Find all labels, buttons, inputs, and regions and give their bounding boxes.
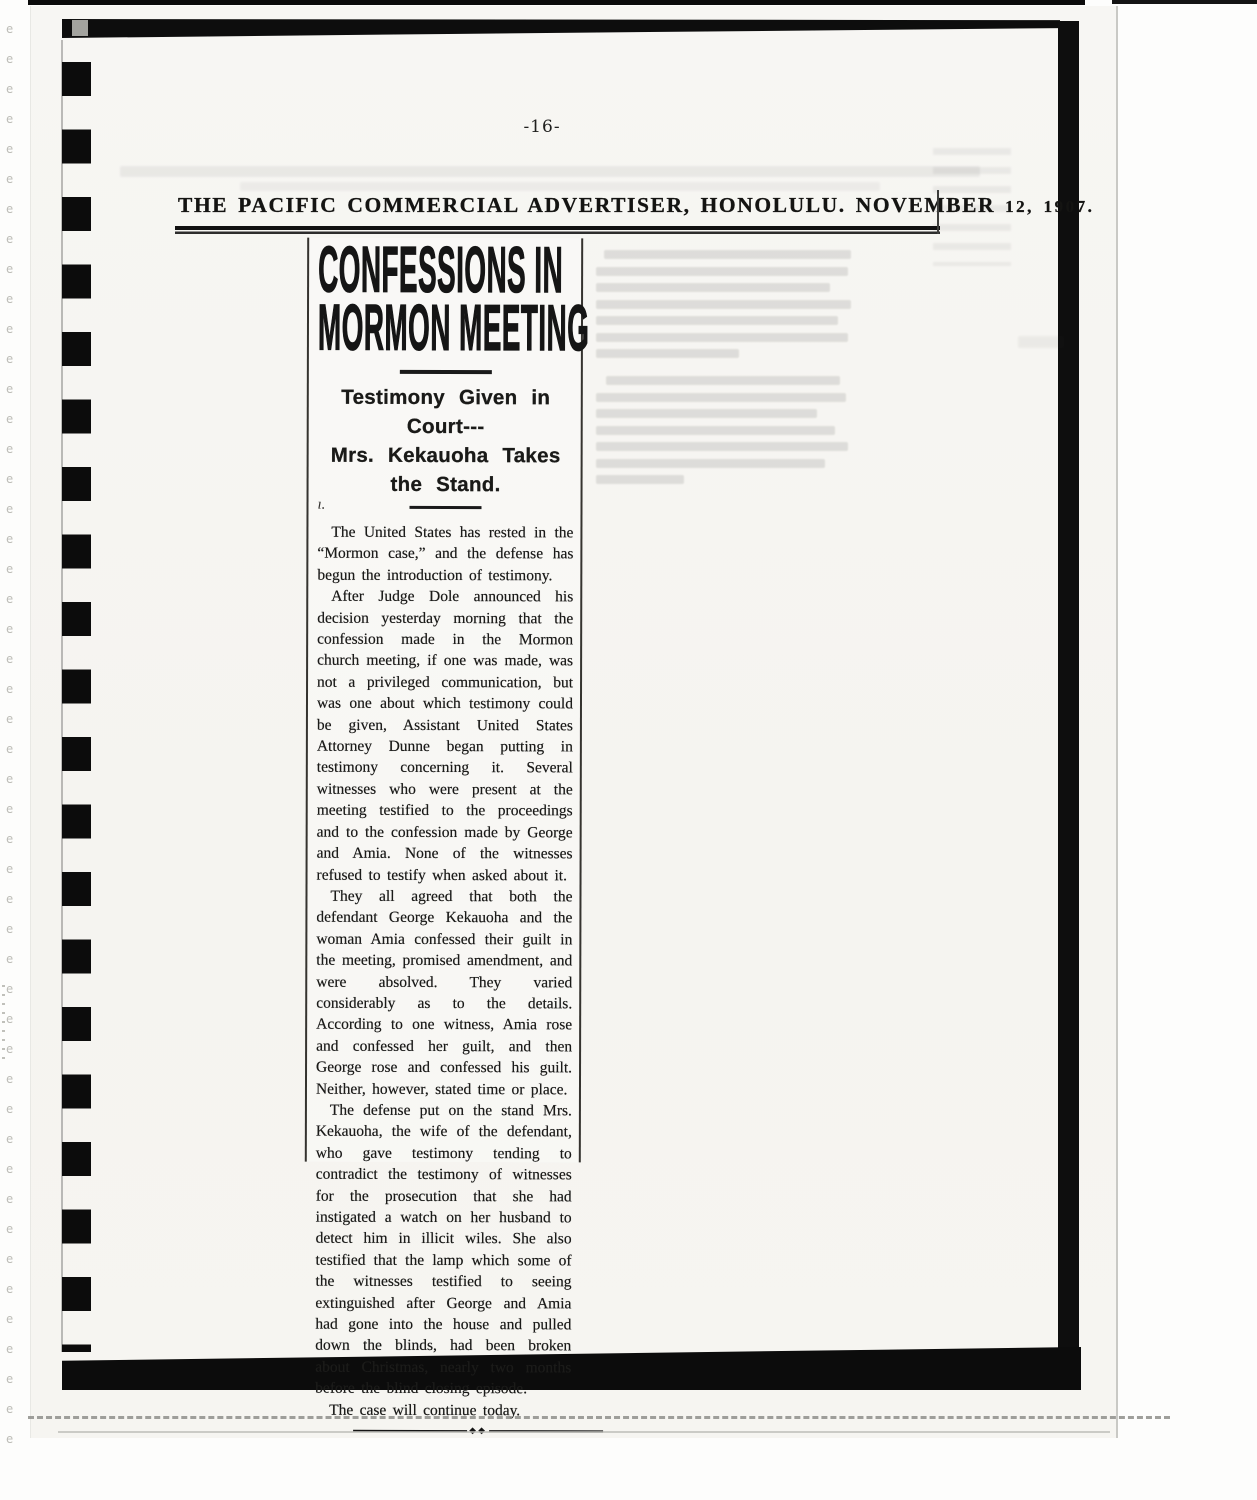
ghost-line bbox=[604, 250, 851, 259]
bleedthrough-smudge bbox=[1018, 336, 1064, 348]
article-paragraph: The United States has rested in the “Mor… bbox=[317, 522, 573, 587]
headline-line-2: MORMON MEETING bbox=[318, 301, 574, 360]
ghost-line bbox=[596, 267, 848, 276]
ghost-line bbox=[596, 349, 739, 358]
masthead-end-tick bbox=[937, 190, 939, 234]
bleedthrough-smudge bbox=[240, 182, 880, 191]
ghost-line bbox=[596, 459, 825, 468]
headline-divider bbox=[400, 370, 492, 374]
subhead-divider-wrap: ı. bbox=[318, 506, 574, 510]
ghost-line bbox=[596, 442, 848, 451]
perforation-dashed-line bbox=[28, 1416, 1170, 1419]
scan-artifact-right-bar bbox=[1058, 21, 1079, 1390]
article-body: The United States has rested in the “Mor… bbox=[315, 522, 573, 1422]
ghost-line bbox=[596, 426, 835, 435]
page-bottom-edge-line bbox=[58, 1431, 1110, 1433]
bleedthrough-text-column bbox=[596, 250, 856, 492]
ghost-line bbox=[606, 376, 840, 385]
ghost-line bbox=[596, 409, 817, 418]
newspaper-masthead: THE PACIFIC COMMERCIAL ADVERTISER, HONOL… bbox=[178, 193, 953, 218]
page-number: -16- bbox=[487, 117, 597, 137]
subhead-line: the Stand. bbox=[318, 470, 574, 500]
masthead-date: 12, 1907. bbox=[1005, 197, 1094, 216]
subhead-line: Testimony Given in Court--- bbox=[318, 383, 574, 442]
ghost-line bbox=[596, 316, 838, 325]
stray-ink-mark: ı. bbox=[317, 497, 325, 514]
article-paragraph: They all agreed that both the defendant … bbox=[316, 886, 573, 1101]
ghost-line bbox=[596, 393, 846, 402]
binding-comb-holes: eeeeeeeeeeeeeeeeeeeeeeeeeeeeeeeeeeeeeeee… bbox=[6, 14, 21, 1448]
binding-punch-marks bbox=[62, 62, 91, 1352]
scan-artifact-top-bar-fade bbox=[72, 20, 88, 36]
scan-edge-line-right bbox=[1112, 0, 1257, 4]
ghost-line bbox=[596, 333, 848, 342]
subheadline: Testimony Given in Court--- Mrs. Kekauoh… bbox=[318, 383, 574, 500]
scanned-document: eeeeeeeeeeeeeeeeeeeeeeeeeeeeeeeeeeeeeeee… bbox=[0, 0, 1257, 1500]
subhead-divider bbox=[410, 506, 482, 509]
article-paragraph: After Judge Dole announced his decision … bbox=[317, 586, 574, 886]
masthead-title: THE PACIFIC COMMERCIAL ADVERTISER, HONOL… bbox=[178, 193, 995, 217]
ghost-line bbox=[596, 475, 684, 484]
article-paragraph: The defense put on the stand Mrs. Kekauo… bbox=[315, 1100, 572, 1400]
scan-edge-line-left bbox=[28, 0, 1085, 5]
news-clipping: CONFESSIONS IN MORMON MEETING Testimony … bbox=[305, 238, 583, 1163]
margin-annotation-mark bbox=[2, 985, 5, 1065]
ghost-line bbox=[596, 300, 851, 309]
ghost-line bbox=[596, 283, 830, 292]
subhead-line: Mrs. Kekauoha Takes bbox=[318, 441, 574, 471]
bleedthrough-smudge bbox=[120, 166, 980, 177]
